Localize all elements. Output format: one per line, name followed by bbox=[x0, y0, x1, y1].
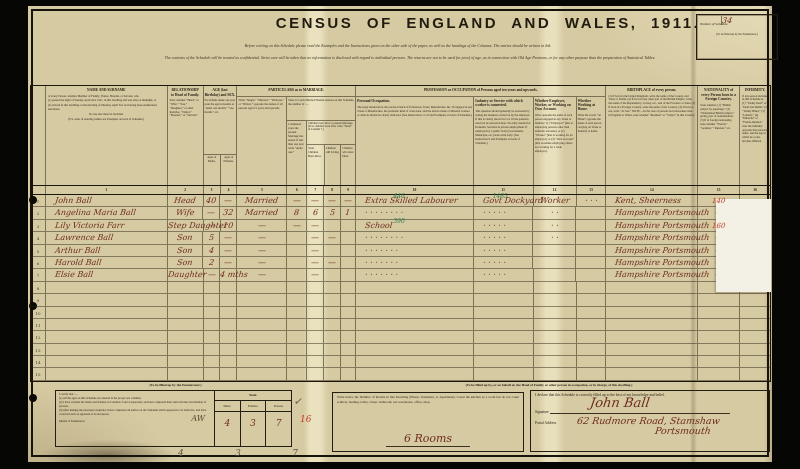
cell-occupation: · · · · · · · bbox=[364, 245, 399, 257]
rooms-value: 6 Rooms bbox=[386, 432, 470, 447]
cell-age-female: — bbox=[224, 257, 233, 269]
table-row: 3 Lily Victoria Farr Step Daughter — 10 … bbox=[31, 220, 770, 232]
cell-marriage-condition: — bbox=[257, 232, 266, 244]
column-header-years-married: Completed years the present Marriage has… bbox=[287, 121, 306, 185]
cell-relationship: Wife bbox=[175, 207, 195, 219]
cell-name: Lawrence Ball bbox=[54, 232, 114, 244]
cell-name: Arthur Ball bbox=[54, 245, 101, 257]
schedule-number-note: (To be filled up by the Enumerator.) bbox=[700, 33, 774, 37]
totals-table: Total. Males. Females. Persons. 4 3 7 bbox=[214, 391, 291, 446]
row-number: 3 bbox=[37, 224, 40, 229]
table-body: 1 John Ball Head 40 — Married — — — — Ex… bbox=[31, 195, 770, 381]
table-row: 8 bbox=[31, 282, 770, 294]
column-number: 1 bbox=[45, 186, 167, 194]
row-number: 11 bbox=[35, 323, 40, 328]
row-number: 10 bbox=[35, 311, 40, 316]
cell-name: Lily Victoria Farr bbox=[54, 220, 125, 232]
column-number: 6 bbox=[286, 186, 306, 194]
census-schedule-paper: CENSUS OF ENGLAND AND WALES, 1911. Numbe… bbox=[28, 6, 772, 462]
cell-children-total: — bbox=[310, 232, 319, 244]
table-row: 6 Harold Ball Son 2 — — — — · · · · · · … bbox=[31, 257, 770, 269]
table-row: 14 bbox=[31, 356, 770, 368]
cell-children-total: — bbox=[310, 245, 319, 257]
cell-marriage-condition: — bbox=[257, 245, 266, 257]
cell-years-married: — bbox=[292, 195, 301, 207]
cell-name: John Ball bbox=[54, 195, 92, 207]
cell-birthplace: Hampshire Portsmouth bbox=[615, 207, 711, 219]
cell-age-female: — bbox=[224, 195, 233, 207]
row-number-column-header bbox=[31, 86, 45, 185]
column-number: 2 bbox=[167, 186, 203, 194]
column-number: 14 bbox=[605, 186, 697, 194]
cell-children-total: 6 bbox=[312, 207, 319, 219]
cell-age-male: 5 bbox=[208, 232, 215, 244]
cell-relationship: Daughter bbox=[167, 269, 207, 281]
cell-industry: · · · · · bbox=[482, 257, 506, 269]
column-number: 9 bbox=[340, 186, 355, 194]
column-number: 7 bbox=[306, 186, 323, 194]
table-header: NAME AND SURNAME of every Person, whethe… bbox=[31, 86, 770, 186]
cell-occupation: · · · · · · · bbox=[364, 257, 399, 269]
cell-children-living: — bbox=[327, 195, 336, 207]
table-row: 1 John Ball Head 40 — Married — — — — Ex… bbox=[31, 195, 770, 207]
cell-relationship: Son bbox=[177, 232, 194, 244]
cell-age-female: — bbox=[224, 245, 233, 257]
table-row: 9 bbox=[31, 294, 770, 306]
instruction-line-2: The contents of the Schedule will be tre… bbox=[60, 55, 760, 61]
totals-females-label: Females. bbox=[240, 401, 266, 411]
pencil-check-mark: ✓ bbox=[293, 394, 304, 408]
enumerator-note: (To be filled up by the Enumerator.) bbox=[68, 383, 283, 387]
postal-address-label: Postal Address bbox=[535, 421, 556, 425]
cell-relationship: Son bbox=[177, 245, 194, 257]
table-row: 12 bbox=[31, 331, 770, 343]
column-header-relationship: RELATIONSHIP to Head of Family. State wh… bbox=[167, 86, 203, 185]
instruction-line-1: Before writing on this Schedule please r… bbox=[98, 43, 698, 48]
table-row: 13 bbox=[31, 344, 770, 356]
cell-industry: · · · · · bbox=[482, 207, 506, 219]
declaration-box: I declare that this Schedule is correctl… bbox=[530, 390, 770, 452]
clerk-red-mark: 140 bbox=[711, 195, 726, 207]
column-header-children-total: Total Children Born Alive. bbox=[307, 145, 324, 185]
census-table: NAME AND SURNAME of every Person, whethe… bbox=[30, 85, 771, 382]
clerk-code-occupation: 446 bbox=[393, 191, 404, 203]
cell-age-male: — bbox=[207, 207, 216, 219]
cell-age-male: 40 bbox=[206, 195, 218, 207]
column-header-working-at-home: Whether Working at Home. Write the words… bbox=[576, 97, 606, 185]
column-group-marriage: PARTICULARS as to MARRIAGE. Write “Singl… bbox=[236, 86, 355, 185]
column-number: 16 bbox=[739, 186, 770, 194]
column-number: 12 bbox=[533, 186, 576, 194]
punch-hole bbox=[29, 394, 37, 402]
cell-marriage-condition: Married bbox=[245, 195, 280, 207]
cell-industry: · · · · · bbox=[482, 232, 506, 244]
column-number: 15 bbox=[697, 186, 739, 194]
cell-marriage-condition: — bbox=[257, 257, 266, 269]
pencil-totals: 4 3 7 bbox=[178, 449, 298, 459]
children-group-note: Children born alive to present Marriage.… bbox=[307, 121, 355, 145]
totals-males-label: Males. bbox=[215, 401, 240, 411]
cell-age-female: — bbox=[224, 232, 233, 244]
cell-working-at-home: · · · bbox=[584, 195, 598, 207]
row-number: 5 bbox=[37, 249, 40, 254]
cell-occupation: · · · · · · · · bbox=[364, 232, 404, 244]
table-row: 10 bbox=[31, 307, 770, 319]
cell-age-male: 2 bbox=[208, 257, 215, 269]
cell-industry: · · · · · bbox=[482, 269, 506, 281]
column-header-children-died: Children who have Died. bbox=[340, 145, 355, 185]
row-number: 4 bbox=[37, 236, 40, 241]
totals-persons-value: 7 bbox=[265, 412, 291, 446]
cell-age-male: — bbox=[207, 269, 216, 281]
cell-marriage-condition: Married bbox=[245, 207, 280, 219]
rooms-box: Write below the Number of Rooms in this … bbox=[332, 392, 524, 452]
schedule-number-box: Number of Schedule. 34 (To be filled up … bbox=[696, 14, 778, 60]
row-number: 9 bbox=[37, 298, 40, 303]
cell-employer-worker: · · bbox=[550, 220, 559, 232]
column-number: 8 bbox=[323, 186, 340, 194]
clerk-red-mark-total: 16 bbox=[300, 415, 311, 425]
column-header-name: NAME AND SURNAME of every Person, whethe… bbox=[45, 86, 167, 185]
table-row: 7 Elsie Ball Daughter — 4 mths — — · · ·… bbox=[31, 269, 770, 281]
column-number: 5 bbox=[236, 186, 286, 194]
totals-females-value: 3 bbox=[240, 412, 266, 446]
column-header-occupation: Personal Occupation. The reply should sh… bbox=[356, 97, 473, 185]
cell-children-total: — bbox=[310, 220, 319, 232]
cell-children-died: — bbox=[343, 195, 352, 207]
cell-industry: · · · · · bbox=[482, 245, 506, 257]
column-header-industry: Industry or Service with which worker is… bbox=[473, 97, 533, 185]
cell-industry: · · · · · bbox=[482, 220, 506, 232]
row-number: 1 bbox=[37, 199, 40, 204]
cell-years-married: — bbox=[292, 220, 301, 232]
cell-name: Angelina Maria Ball bbox=[54, 207, 136, 219]
cell-marriage-condition: — bbox=[257, 269, 266, 281]
cell-name: Harold Ball bbox=[54, 257, 102, 269]
head-of-family-note: (To be filled up by, or on behalf of, th… bbox=[328, 383, 770, 387]
row-number: 6 bbox=[37, 261, 40, 266]
column-number: 4 bbox=[220, 186, 237, 194]
column-header-age: AGE (last Birthday) and SEX. For Infants… bbox=[203, 86, 237, 185]
schedule-number-value: 34 bbox=[721, 15, 733, 27]
row-number: 8 bbox=[37, 286, 40, 291]
column-header-infirmity: INFIRMITY. If any person included in thi… bbox=[739, 86, 770, 185]
cell-marriage-condition: — bbox=[257, 220, 266, 232]
column-group-profession: PROFESSION or OCCUPATION of Persons aged… bbox=[355, 86, 605, 185]
totals-males-value: 4 bbox=[215, 412, 240, 446]
cell-birthplace: Hampshire Portsmouth bbox=[615, 232, 711, 244]
cell-age-female: 32 bbox=[223, 207, 235, 219]
table-row: 5 Arthur Ball Son 4 — — — · · · · · · · … bbox=[31, 245, 770, 257]
column-header-age-males: Ages of Males. bbox=[204, 155, 220, 185]
cell-birthplace: Hampshire Portsmouth bbox=[615, 220, 711, 232]
enumerator-initials-value: AW bbox=[191, 414, 205, 425]
table-row: 4 Lawrence Ball Son 5 — — — — · · · · · … bbox=[31, 232, 770, 244]
rooms-instruction: Write below the Number of Rooms in this … bbox=[337, 395, 519, 404]
cell-occupation: School bbox=[364, 220, 393, 232]
column-number: 13 bbox=[576, 186, 606, 194]
cell-relationship: Head bbox=[174, 195, 197, 207]
paper-patch bbox=[716, 199, 771, 292]
cell-children-total: — bbox=[310, 269, 319, 281]
row-number: 7 bbox=[37, 273, 40, 278]
cell-children-living: — bbox=[327, 232, 336, 244]
clerk-code-industry: 1485 bbox=[493, 191, 508, 203]
row-number: 2 bbox=[37, 211, 40, 216]
totals-persons-label: Persons. bbox=[265, 401, 291, 411]
totals-header: Total. bbox=[215, 391, 291, 401]
cell-children-living: 5 bbox=[329, 207, 336, 219]
cell-children-total: — bbox=[310, 257, 319, 269]
cell-name: Elsie Ball bbox=[54, 269, 94, 281]
cell-birthplace: Hampshire Portsmouth bbox=[614, 269, 710, 281]
cell-occupation: · · · · · · · bbox=[364, 269, 399, 281]
column-header-employer: Whether Employer, Worker, or Working on … bbox=[533, 97, 576, 185]
cell-children-died: 1 bbox=[345, 207, 352, 219]
column-header-children-living: Children still Living. bbox=[324, 145, 341, 185]
cell-birthplace: Hampshire Portsmouth bbox=[615, 257, 711, 269]
cell-occupation: Extra Skilled Labourer bbox=[364, 195, 458, 207]
cell-birthplace: Hampshire Portsmouth bbox=[615, 245, 711, 257]
table-row: 11 bbox=[31, 319, 770, 331]
column-header-birthplace: BIRTHPLACE of every person. (1) If born … bbox=[605, 86, 697, 185]
married-women-note: State, for each Married Woman entered on… bbox=[287, 97, 355, 121]
cell-age-male: 4 bbox=[208, 245, 215, 257]
cell-relationship: Son bbox=[177, 257, 194, 269]
address-value-2: Portsmouth bbox=[654, 426, 711, 437]
signature-value: John Ball bbox=[589, 396, 651, 411]
column-header-marriage-condition: Write “Single,” “Married,” “Widower,” or… bbox=[237, 97, 286, 185]
cell-age-male: — bbox=[207, 220, 216, 232]
row-number: 15 bbox=[35, 372, 40, 377]
column-header-nationality: NATIONALITY of every Person born in a Fo… bbox=[697, 86, 739, 185]
enumerator-item-3: (3) After making the necessary enquiries… bbox=[59, 409, 211, 417]
cell-age-female: 10 bbox=[223, 220, 235, 232]
row-number: 14 bbox=[35, 360, 40, 365]
cell-children-living: — bbox=[327, 257, 336, 269]
column-number: 10 bbox=[355, 186, 473, 194]
column-header-age-females: Ages of Females. bbox=[220, 155, 236, 185]
cell-employer-worker: · · bbox=[550, 232, 559, 244]
enumerator-initials-label: Initials of Enumerator. bbox=[59, 419, 85, 423]
cell-years-married: 8 bbox=[293, 207, 300, 219]
clerk-code-occupation: 390 bbox=[393, 216, 404, 228]
row-number: 13 bbox=[35, 348, 40, 353]
row-number: 12 bbox=[35, 335, 40, 340]
signature-label: Signature bbox=[535, 410, 549, 414]
cell-employer-worker: · · bbox=[550, 207, 559, 219]
clerk-red-mark: 160 bbox=[711, 220, 726, 232]
cell-children-total: — bbox=[310, 195, 319, 207]
cell-employer-worker: Worker bbox=[539, 195, 570, 207]
column-number: 3 bbox=[203, 186, 220, 194]
table-row: 15 bbox=[31, 368, 770, 380]
enumerator-box: I certify that :— (1) All the ages on th… bbox=[55, 390, 292, 447]
page-title: CENSUS OF ENGLAND AND WALES, 1911. bbox=[208, 15, 768, 32]
cell-birthplace: Kent, Sheerness bbox=[615, 195, 682, 207]
